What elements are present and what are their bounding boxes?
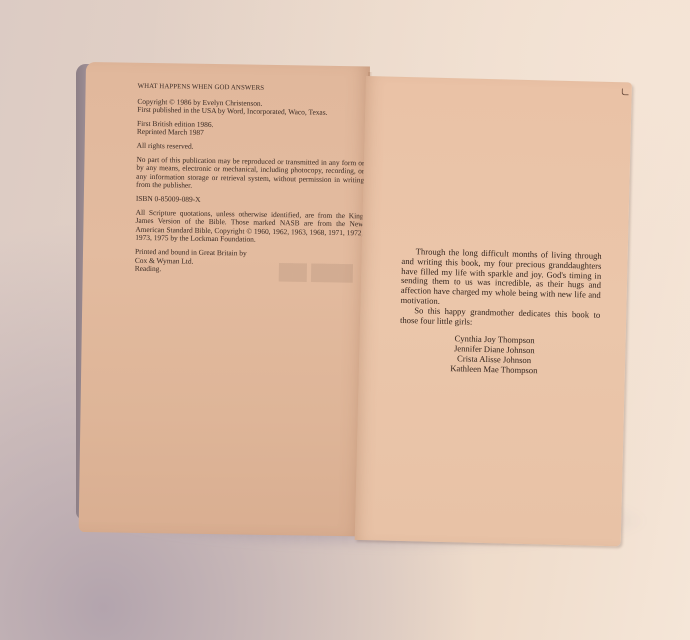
scripture-notice: All Scripture quotations, unless otherwi…: [135, 208, 364, 246]
dog-ear-corner-icon: [622, 88, 629, 95]
rights-line: All rights reserved.: [137, 142, 365, 154]
reproduction-notice: No part of this publication may be repro…: [136, 155, 365, 193]
dedication-page: Through the long difficult months of liv…: [355, 76, 632, 546]
dedication-paragraph-2: So this happy grandmother dedicates this…: [400, 306, 600, 330]
open-book: ▇▇▇ ▇▇ WHAT HAPPENS WHEN GOD ANSWERS Cop…: [0, 0, 690, 640]
book-title: WHAT HAPPENS WHEN GOD ANSWERS: [138, 83, 366, 95]
isbn: ISBN 0-85009-089-X: [136, 195, 364, 207]
copyright-block: WHAT HAPPENS WHEN GOD ANSWERS Copyright …: [135, 83, 366, 277]
copyright-page: ▇▇▇ ▇▇ WHAT HAPPENS WHEN GOD ANSWERS Cop…: [79, 62, 370, 536]
dedication-names: Cynthia Joy Thompson Jennifer Diane John…: [399, 333, 600, 377]
dedication-paragraph-1: Through the long difficult months of liv…: [400, 247, 601, 311]
dedication-block: Through the long difficult months of liv…: [399, 247, 602, 377]
